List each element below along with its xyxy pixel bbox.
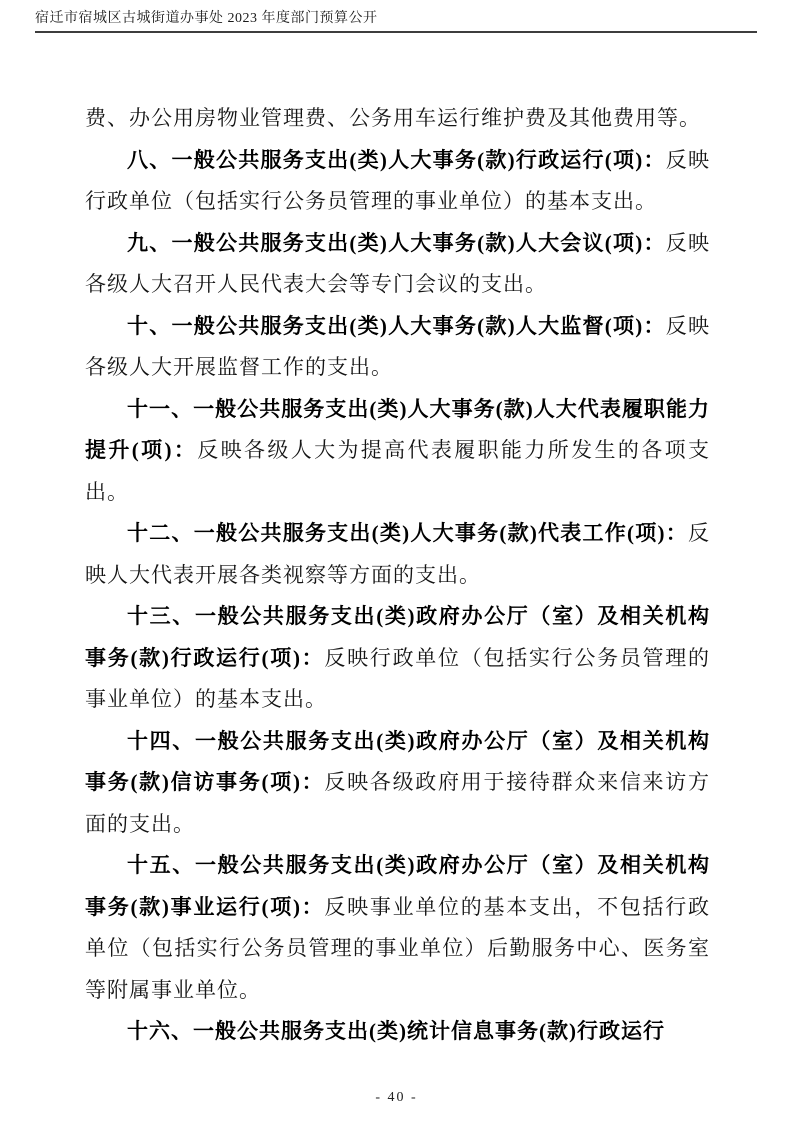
paragraph: 十、一般公共服务支出(类)人大事务(款)人大监督(项)：反映各级人大开展监督工作… [85,306,710,389]
paragraph: 十五、一般公共服务支出(类)政府办公厅（室）及相关机构事务(款)事业运行(项)：… [85,845,710,1011]
paragraph-bold-heading: 十二、一般公共服务支出(类)人大事务(款)代表工作(项)： [127,521,688,545]
page-footer: - 40 - [0,1090,793,1106]
document-title: 宿迁市宿城区古城街道办事处 2023 年度部门预算公开 [35,10,757,28]
document-page: 宿迁市宿城区古城街道办事处 2023 年度部门预算公开 费、办公用房物业管理费、… [0,0,793,1122]
paragraph: 十四、一般公共服务支出(类)政府办公厅（室）及相关机构事务(款)信访事务(项)：… [85,721,710,846]
page-header: 宿迁市宿城区古城街道办事处 2023 年度部门预算公开 [35,10,757,33]
paragraph-bold-heading: 十、一般公共服务支出(类)人大事务(款)人大监督(项)： [127,314,666,338]
paragraph-text: 费、办公用房物业管理费、公务用车运行维护费及其他费用等。 [85,106,701,130]
page-number: - 40 - [375,1090,417,1105]
paragraph: 八、一般公共服务支出(类)人大事务(款)行政运行(项)：反映行政单位（包括实行公… [85,140,710,223]
paragraph: 十二、一般公共服务支出(类)人大事务(款)代表工作(项)：反映人大代表开展各类视… [85,513,710,596]
paragraph: 十一、一般公共服务支出(类)人大事务(款)人大代表履职能力提升(项)：反映各级人… [85,389,710,514]
paragraph: 十六、一般公共服务支出(类)统计信息事务(款)行政运行 [85,1011,710,1053]
document-body: 费、办公用房物业管理费、公务用车运行维护费及其他费用等。八、一般公共服务支出(类… [85,98,710,1053]
paragraph: 九、一般公共服务支出(类)人大事务(款)人大会议(项)：反映各级人大召开人民代表… [85,223,710,306]
paragraph-bold-heading: 八、一般公共服务支出(类)人大事务(款)行政运行(项)： [127,148,666,172]
paragraph-bold-heading: 十六、一般公共服务支出(类)统计信息事务(款)行政运行 [127,1019,665,1043]
paragraph: 费、办公用房物业管理费、公务用车运行维护费及其他费用等。 [85,98,710,140]
paragraph-bold-heading: 九、一般公共服务支出(类)人大事务(款)人大会议(项)： [127,231,666,255]
paragraph: 十三、一般公共服务支出(类)政府办公厅（室）及相关机构事务(款)行政运行(项)：… [85,596,710,721]
header-divider [35,31,757,33]
